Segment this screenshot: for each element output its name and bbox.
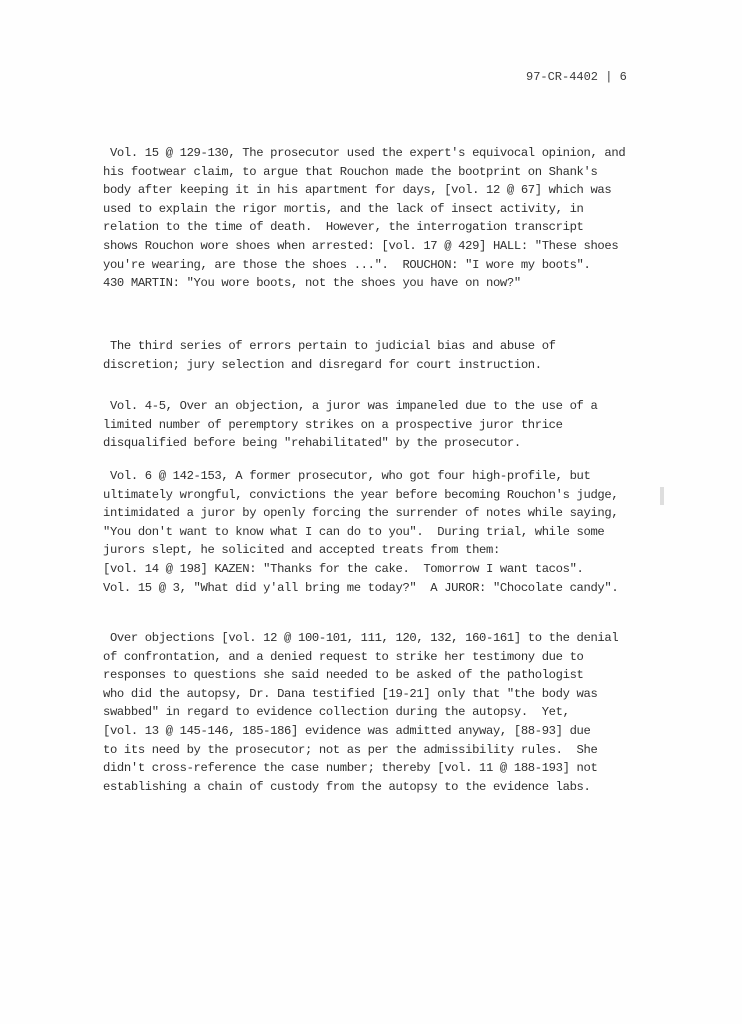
text-line: Vol. 4-5, Over an objection, a juror was… bbox=[103, 397, 643, 416]
paragraph-third-series-errors: The third series of errors pertain to ju… bbox=[103, 337, 643, 374]
text-line: 430 MARTIN: "You wore boots, not the sho… bbox=[103, 274, 643, 293]
case-number: 97-CR-4402 bbox=[526, 70, 598, 84]
text-line: Vol. 6 @ 142-153, A former prosecutor, w… bbox=[103, 467, 643, 486]
page-number: 6 bbox=[620, 70, 627, 84]
scan-artifact bbox=[660, 487, 664, 505]
text-line: [vol. 13 @ 145-146, 185-186] evidence wa… bbox=[103, 722, 643, 741]
text-line: you're wearing, are those the shoes ..."… bbox=[103, 256, 643, 275]
text-line: [vol. 14 @ 198] KAZEN: "Thanks for the c… bbox=[103, 560, 643, 579]
text-line: relation to the time of death. However, … bbox=[103, 218, 643, 237]
text-line: didn't cross-reference the case number; … bbox=[103, 759, 643, 778]
text-line: to its need by the prosecutor; not as pe… bbox=[103, 741, 643, 760]
text-line: establishing a chain of custody from the… bbox=[103, 778, 643, 797]
text-line: who did the autopsy, Dr. Dana testified … bbox=[103, 685, 643, 704]
page-header: 97-CR-4402 | 6 bbox=[526, 70, 627, 84]
text-line: responses to questions she said needed t… bbox=[103, 666, 643, 685]
text-line: "You don't want to know what I can do to… bbox=[103, 523, 643, 542]
text-line: his footwear claim, to argue that Roucho… bbox=[103, 163, 643, 182]
text-line: body after keeping it in his apartment f… bbox=[103, 181, 643, 200]
text-line: Vol. 15 @ 3, "What did y'all bring me to… bbox=[103, 579, 643, 598]
paragraph-judicial-bias: Vol. 6 @ 142-153, A former prosecutor, w… bbox=[103, 467, 643, 597]
paragraph-jury-selection: Vol. 4-5, Over an objection, a juror was… bbox=[103, 397, 643, 453]
text-line: Over objections [vol. 12 @ 100-101, 111,… bbox=[103, 629, 643, 648]
text-line: discretion; jury selection and disregard… bbox=[103, 356, 643, 375]
text-line: limited number of peremptory strikes on … bbox=[103, 416, 643, 435]
paragraph-confrontation: Over objections [vol. 12 @ 100-101, 111,… bbox=[103, 629, 643, 796]
paragraph-footwear-evidence: Vol. 15 @ 129-130, The prosecutor used t… bbox=[103, 144, 643, 293]
document-page: 97-CR-4402 | 6 Vol. 15 @ 129-130, The pr… bbox=[0, 0, 742, 1024]
text-line: ultimately wrongful, convictions the yea… bbox=[103, 486, 643, 505]
text-line: intimidated a juror by openly forcing th… bbox=[103, 504, 643, 523]
text-line: shows Rouchon wore shoes when arrested: … bbox=[103, 237, 643, 256]
text-line: swabbed" in regard to evidence collectio… bbox=[103, 703, 643, 722]
text-line: of confrontation, and a denied request t… bbox=[103, 648, 643, 667]
text-line: jurors slept, he solicited and accepted … bbox=[103, 541, 643, 560]
header-separator: | bbox=[605, 70, 612, 84]
text-line: disqualified before being "rehabilitated… bbox=[103, 434, 643, 453]
text-line: The third series of errors pertain to ju… bbox=[103, 337, 643, 356]
text-line: Vol. 15 @ 129-130, The prosecutor used t… bbox=[103, 144, 643, 163]
text-line: used to explain the rigor mortis, and th… bbox=[103, 200, 643, 219]
